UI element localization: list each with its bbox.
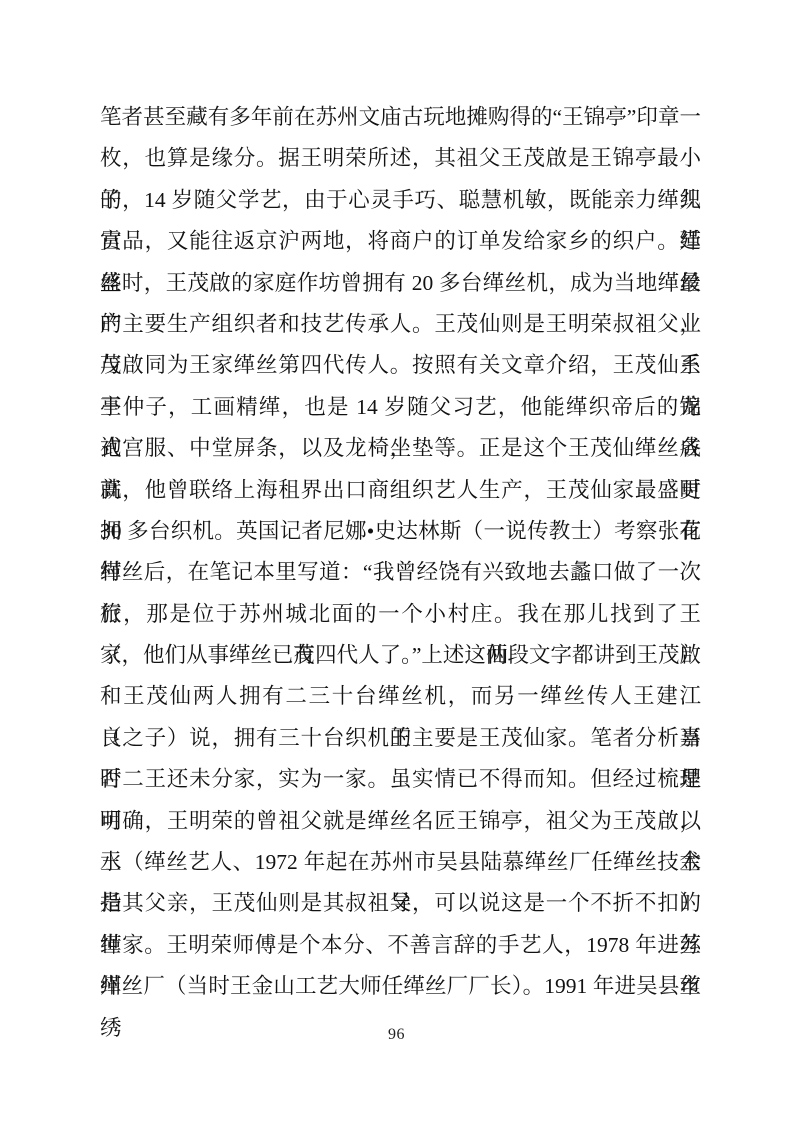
text-line: 水（缂丝艺人、1972 年起在苏州市吴县陆慕缂丝厂任缂丝技术指导） [100,842,701,883]
body-text-paragraph: 笔者甚至藏有多年前在苏州文庙古玩地摊购得的“王锦亭”印章一枚，也算是缘分。据王明… [100,97,701,1008]
text-line: 笔者甚至藏有多年前在苏州文庙古玩地摊购得的“王锦亭”印章一 [100,97,701,138]
text-line: 茂啟同为王家缂丝第四代传人。按照有关文章介绍，王茂仙系王锦 [100,345,701,386]
text-line: 明确，王明荣的曾祖父就是缂丝名匠王锦亭，祖父为王茂啟，王金 [100,801,701,842]
text-line: 子，14 岁随父学艺，由于心灵手巧、聪慧机敏，既能亲力缂织宫廷 [100,180,701,221]
text-line: 世家。王明荣师傅是个本分、不善言辞的手艺人，1978 年进苏州市 [100,925,701,966]
text-line: 行，那是位于苏州城北面的一个小村庄。我在那儿找到了王（茂仙） [100,594,701,635]
text-line: 是其父亲，王茂仙则是其叔祖父，可以说这是一个不折不扣的缂丝 [100,883,701,924]
text-line: 缂丝后，在笔记本里写道：“我曾经饶有兴致地去蠡口做了一次旅 [100,552,701,593]
text-line: 贡品，又能往返京沪两地，将商户的订单发给家乡的织户。缂丝最 [100,221,701,262]
text-line: 30 多台织机。英国记者尼娜•史达林斯（一说传教士）考察张花村 [100,511,701,552]
page-number: 96 [0,1026,793,1044]
text-line: 家，他们从事缂丝已有四代人了。”上述这两段文字都讲到王茂啟 [100,635,701,676]
text-line: 枚，也算是缘分。据王明荣所述，其祖父王茂啟是王锦亭最小的儿 [100,138,701,179]
text-line: 的主要生产组织者和技艺传承人。王茂仙则是王明荣叔祖父，与王 [100,304,701,345]
text-line: 缂丝厂（当时王金山工艺大师任缂丝厂厂长）。1991 年进吴县丝绣 [100,966,701,1007]
text-line: 盛时，王茂啟的家庭作坊曾拥有 20 多台缂丝机，成为当地缂丝产业 [100,263,701,304]
text-line: 式宫服、中堂屏条，以及龙椅坐垫等。正是这个王茂仙缂丝成就更 [100,428,701,469]
document-page: 笔者甚至藏有多年前在苏州文庙古玩地摊购得的“王锦亭”印章一枚，也算是缘分。据王明… [0,0,793,1122]
text-line: 和王茂仙两人拥有二三十台缂丝机，而另一缂丝传人王建江（王嘉 [100,676,701,717]
text-line: 亭仲子，工画精缂，也是 14 岁随父习艺，他能缂织帝后的龙袍，各 [100,387,701,428]
text-line: 否二王还未分家，实为一家。虽实情已不得而知。但经过梳理可以 [100,759,701,800]
text-line: 高，他曾联络上海租界出口商组织艺人生产，王茂仙家最盛时拥有 [100,470,701,511]
text-line: 良之子）说，拥有三十台织机的主要是王茂仙家。笔者分析当时是 [100,718,701,759]
